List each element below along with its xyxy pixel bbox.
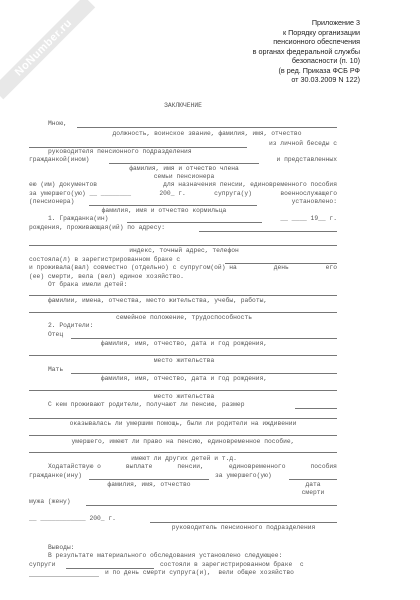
field-marriage-date-2[interactable]	[29, 576, 99, 577]
field-father-place[interactable]	[29, 355, 337, 356]
caption-other: имеют ли других детей и т.д.	[69, 455, 299, 463]
caption-family2: семьи пенсионера	[89, 173, 279, 181]
label-ustanovleno: установлено:	[292, 198, 337, 206]
label-result: В результате материального обследования …	[48, 552, 282, 560]
field-mother[interactable]	[71, 373, 337, 374]
appendix-line: (в ред. Приказа ФСБ РФ	[253, 66, 360, 76]
label-pensionera: (пенсионера)	[29, 198, 74, 206]
label-rozhdeniya: рождения, проживающая(ий) по адресу:	[29, 224, 165, 232]
caption-help: оказывалась ли умершим помощь, были ли р…	[29, 420, 337, 428]
caption-mother: фамилия, имя, отчество, дата и год рожде…	[69, 375, 299, 383]
line-hodatay: Ходатайствую овыплатепенсии,единовременн…	[48, 463, 337, 471]
line-docs: ею (им) документовдля назначения пенсии,…	[29, 181, 337, 189]
field-position[interactable]	[77, 127, 337, 128]
field-parents-1[interactable]	[29, 418, 337, 419]
field-death-date[interactable]	[289, 479, 337, 480]
appendix-line: Приложение 3	[253, 18, 360, 28]
caption-position: должность, воинское звание, фамилия, имя…	[77, 130, 337, 138]
field-kormilets[interactable]	[89, 205, 257, 206]
appendix-line: пенсионного обеспечения	[253, 37, 360, 47]
label-za-umershego2: за умершего(ую)	[215, 472, 272, 480]
caption-rights: умершего, имеют ли право на пенсию, един…	[29, 438, 337, 446]
caption-address: индекс, точный адрес, телефон	[89, 247, 279, 255]
label-i-predst: и представленных	[277, 156, 337, 164]
document-title: ЗАКЛЮЧЕНИЕ	[29, 102, 337, 110]
field-spouse[interactable]	[86, 505, 337, 506]
caption-place1: место жительства	[89, 357, 279, 365]
appendix-line: в органах федеральной службы	[253, 47, 360, 57]
field-family-member[interactable]	[109, 163, 259, 164]
label-mnoyu: Мною,	[48, 120, 67, 128]
caption-children1: фамилии, имена, отчества, место жительст…	[48, 297, 267, 305]
label-otets: Отец	[48, 331, 63, 339]
field-mother-place[interactable]	[29, 390, 337, 391]
caption-children2: семейное положение, трудоспособность	[69, 314, 299, 322]
caption-date: дата	[289, 481, 337, 489]
label-iz-lichnoy: из личной беседы с	[269, 140, 337, 148]
field-address-1[interactable]	[199, 231, 337, 232]
label-suprugi: супруги	[29, 561, 55, 569]
label-birth-year: __ ____ 19__ г.	[280, 215, 337, 223]
appendix-header: Приложение 3 к Порядку организации пенси…	[253, 18, 360, 85]
line-za-umershego: за умершего(ую) __ ________200_ г.супруг…	[29, 190, 337, 198]
caption-head: руководителя пенсионного подразделения	[48, 148, 192, 156]
appendix-line: безопасности (п. 10)	[253, 56, 360, 66]
field-signature[interactable]	[150, 522, 337, 523]
label-mat: Мать	[48, 366, 63, 374]
field-parents-pension[interactable]	[295, 408, 337, 409]
field-children-2[interactable]	[29, 312, 337, 313]
label-sostoyali: состояли в зарегистрированном браке с	[160, 561, 304, 569]
caption-kormilets: фамилия, имя и отчество кормильца	[69, 207, 259, 215]
label-s-kem: С кем проживают родители, получают ли пе…	[48, 401, 245, 409]
label-deti: От брака имели детей:	[48, 281, 127, 289]
label-sostoyala: состояла(л) в зарегистрированном браке с	[29, 256, 180, 264]
label-grazhdanke: гражданке(ину)	[29, 472, 82, 480]
caption-fio: фамилия, имя, отчество	[89, 481, 209, 489]
caption-death: смерти	[289, 489, 337, 497]
field-father[interactable]	[71, 338, 337, 339]
field-parents-2[interactable]	[29, 435, 337, 436]
field-citizen-name[interactable]	[127, 222, 262, 223]
caption-father: фамилия, имя, отчество, дата и год рожде…	[69, 340, 299, 348]
label-date-sign: __ ____________ 200_ г.	[29, 515, 116, 523]
appendix-line: к Порядку организации	[253, 28, 360, 38]
line-prozhivala: и проживала(вал) совместно (отдельно) с …	[29, 264, 337, 272]
label-p1: 1. Гражданка(ин)	[48, 215, 108, 223]
label-po-den: и по день смерти супруга(и), вели общее …	[105, 569, 294, 577]
label-grazhdankoy: гражданкой(ином)	[29, 156, 89, 164]
field-children-1[interactable]	[29, 295, 337, 296]
label-muzha: мужа (жену)	[29, 498, 71, 506]
appendix-line: от 30.03.2009 N 122)	[253, 75, 360, 85]
field-address-2[interactable]	[29, 245, 337, 246]
label-p2: 2. Родители:	[48, 322, 93, 330]
field-parents-3[interactable]	[29, 452, 337, 453]
field-recipient-name[interactable]	[89, 479, 209, 480]
label-smerti: (ее) смерти, вела (вел) единое хозяйство…	[29, 273, 184, 281]
watermark: NoNumber.ru	[0, 0, 95, 99]
caption-head-sign: руководитель пенсионного подразделения	[150, 524, 337, 532]
caption-place2: место жительства	[89, 393, 279, 401]
caption-family1: фамилия, имя и отчество члена	[89, 165, 279, 173]
label-vyvody: Выводы:	[48, 544, 74, 552]
